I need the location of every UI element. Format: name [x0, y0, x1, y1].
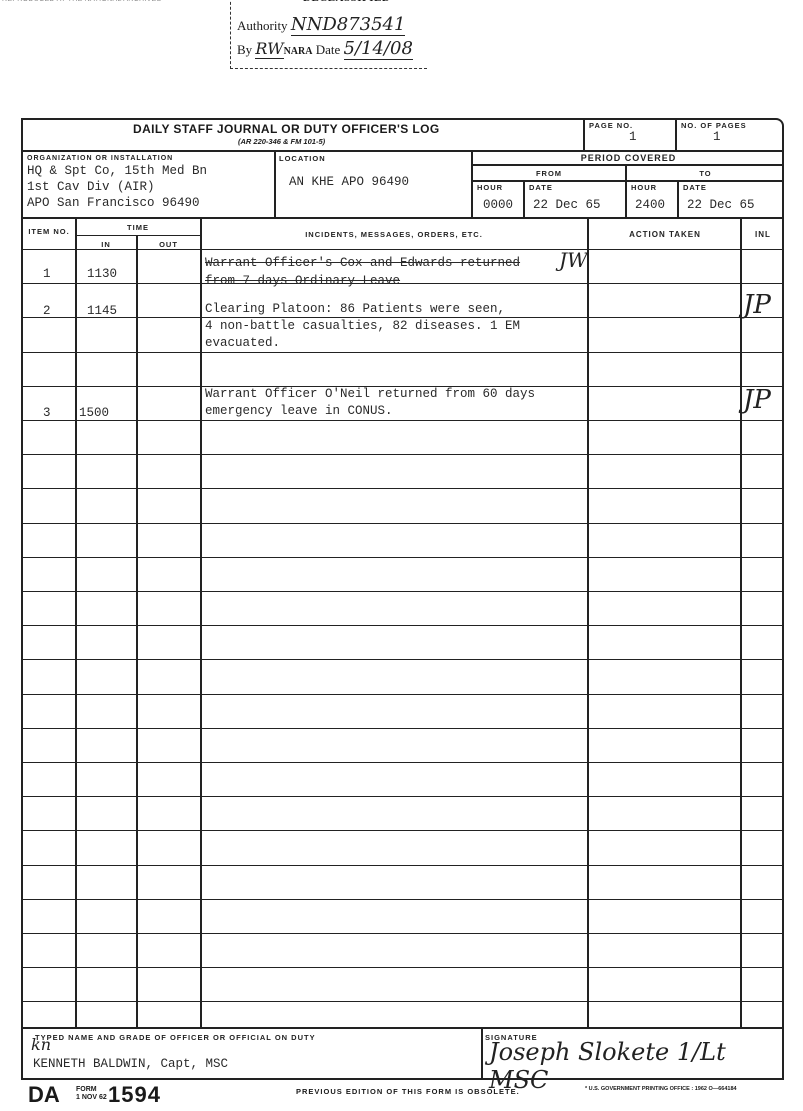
officer-label: TYPED NAME AND GRADE OF OFFICER OR OFFIC… [35, 1033, 316, 1042]
entry-3-item[interactable]: 3 [43, 406, 51, 420]
row-line [23, 796, 784, 797]
from-hour-label: HOUR [477, 183, 503, 192]
page-no[interactable]: 1 [629, 130, 637, 144]
row-line [23, 659, 784, 660]
date-value: 5/14/08 [344, 38, 413, 60]
declassified-stamp: DECLASSIFIED Authority NND873541 By RWNA… [230, 0, 427, 69]
entry-2-item[interactable]: 2 [43, 304, 51, 318]
to-date[interactable]: 22 Dec 65 [687, 198, 755, 212]
entry-line: from 7 days Ordinary Leave [205, 272, 520, 290]
row-line [23, 523, 784, 524]
form-title: DAILY STAFF JOURNAL OR DUTY OFFICER'S LO… [133, 122, 440, 136]
location-field[interactable]: AN KHE APO 96490 [289, 175, 409, 189]
date-label: Date [316, 42, 341, 57]
entry-2-text[interactable]: Clearing Platoon: 86 Patients were seen,… [205, 301, 520, 352]
organization-label: ORGANIZATION OR INSTALLATION [27, 155, 173, 162]
footer-form-number: 1594 [108, 1082, 161, 1108]
row-line [23, 249, 784, 250]
org-line: 1st Cav Div (AIR) [27, 179, 207, 195]
no-of-pages[interactable]: 1 [713, 130, 721, 144]
to-label: TO [627, 169, 784, 178]
col-inl: INL [742, 230, 784, 239]
entry-1-item[interactable]: 1 [43, 267, 51, 281]
officer-name[interactable]: KENNETH BALDWIN, Capt, MSC [33, 1057, 228, 1071]
entry-line: evacuated. [205, 335, 520, 352]
row-line [23, 557, 784, 558]
row-line [23, 830, 784, 831]
organization-field[interactable]: HQ & Spt Co, 15th Med Bn 1st Cav Div (AI… [27, 163, 207, 211]
no-of-pages-label: NO. OF PAGES [681, 121, 747, 130]
col-time: TIME [76, 223, 200, 232]
duty-log-form: DAILY STAFF JOURNAL OR DUTY OFFICER'S LO… [21, 118, 784, 1080]
footer-da: DA [28, 1082, 60, 1108]
form-subtitle: (AR 220-346 & FM 101-5) [238, 137, 325, 146]
by-initials: RW [255, 39, 283, 59]
by-label: By [237, 42, 252, 57]
entry-3-inl: JP [743, 385, 771, 415]
agency: NARA [284, 46, 313, 57]
row-line [23, 488, 784, 489]
footer-form-date: FORM 1 NOV 62 [76, 1086, 107, 1102]
entry-line: 4 non-battle casualties, 82 diseases. 1 … [205, 318, 520, 335]
entry-line: emergency leave in CONUS. [205, 403, 535, 420]
col-item-no: ITEM NO. [23, 227, 75, 237]
from-date-label: DATE [529, 183, 553, 192]
previous-edition-note: PREVIOUS EDITION OF THIS FORM IS OBSOLET… [296, 1087, 520, 1096]
org-line: HQ & Spt Co, 15th Med Bn [27, 163, 207, 179]
row-line [23, 967, 784, 968]
to-hour[interactable]: 2400 [635, 198, 665, 212]
form-date: 1 NOV 62 [76, 1094, 107, 1102]
col-in: IN [76, 240, 136, 249]
row-line [23, 454, 784, 455]
authority-label: Authority [237, 18, 288, 33]
row-line [23, 865, 784, 866]
entry-2-in[interactable]: 1145 [87, 304, 117, 318]
page-no-label: PAGE NO. [589, 121, 633, 130]
entry-line: Warrant Officer O'Neil returned from 60 … [205, 386, 535, 403]
gpo-note: * U.S. GOVERNMENT PRINTING OFFICE : 1962… [585, 1086, 737, 1092]
period-covered-label: PERIOD COVERED [473, 153, 784, 163]
col-out: OUT [137, 240, 200, 249]
from-hour[interactable]: 0000 [483, 198, 513, 212]
row-line [23, 625, 784, 626]
col-incidents: INCIDENTS, MESSAGES, ORDERS, ETC. [201, 230, 587, 239]
to-date-label: DATE [683, 183, 707, 192]
entry-1-initials: JW [559, 248, 588, 272]
row-line [23, 933, 784, 934]
entry-1-in[interactable]: 1130 [87, 267, 117, 281]
entry-1-text[interactable]: Warrant Officer's Cox and Edwards return… [205, 254, 520, 290]
from-date[interactable]: 22 Dec 65 [533, 198, 601, 212]
row-line [23, 352, 784, 353]
entry-3-text[interactable]: Warrant Officer O'Neil returned from 60 … [205, 386, 535, 420]
row-line [23, 899, 784, 900]
row-line [23, 591, 784, 592]
to-hour-label: HOUR [631, 183, 657, 192]
row-line [23, 1001, 784, 1002]
col-action-taken: ACTION TAKEN [589, 230, 741, 239]
row-line [23, 694, 784, 695]
location-label: LOCATION [279, 154, 326, 163]
entry-line: Warrant Officer's Cox and Edwards return… [205, 254, 520, 272]
from-label: FROM [473, 169, 625, 178]
entry-3-in[interactable]: 1500 [79, 406, 109, 420]
reproduced-note: REPRODUCED AT THE NATIONAL ARCHIVES [2, 0, 161, 3]
stamp-heading: DECLASSIFIED [303, 0, 390, 4]
row-line [23, 728, 784, 729]
authority-value: NND873541 [291, 14, 406, 36]
form-word: FORM [76, 1086, 107, 1094]
entry-line: Clearing Platoon: 86 Patients were seen, [205, 301, 520, 318]
row-line [23, 420, 784, 421]
stamp-authority: Authority NND873541 [237, 14, 405, 35]
stamp-by: By RWNARA Date 5/14/08 [237, 38, 413, 59]
row-line [23, 762, 784, 763]
officer-initials: kn [31, 1035, 51, 1054]
org-line: APO San Francisco 96490 [27, 195, 207, 211]
entry-2-inl: JP [743, 290, 771, 320]
